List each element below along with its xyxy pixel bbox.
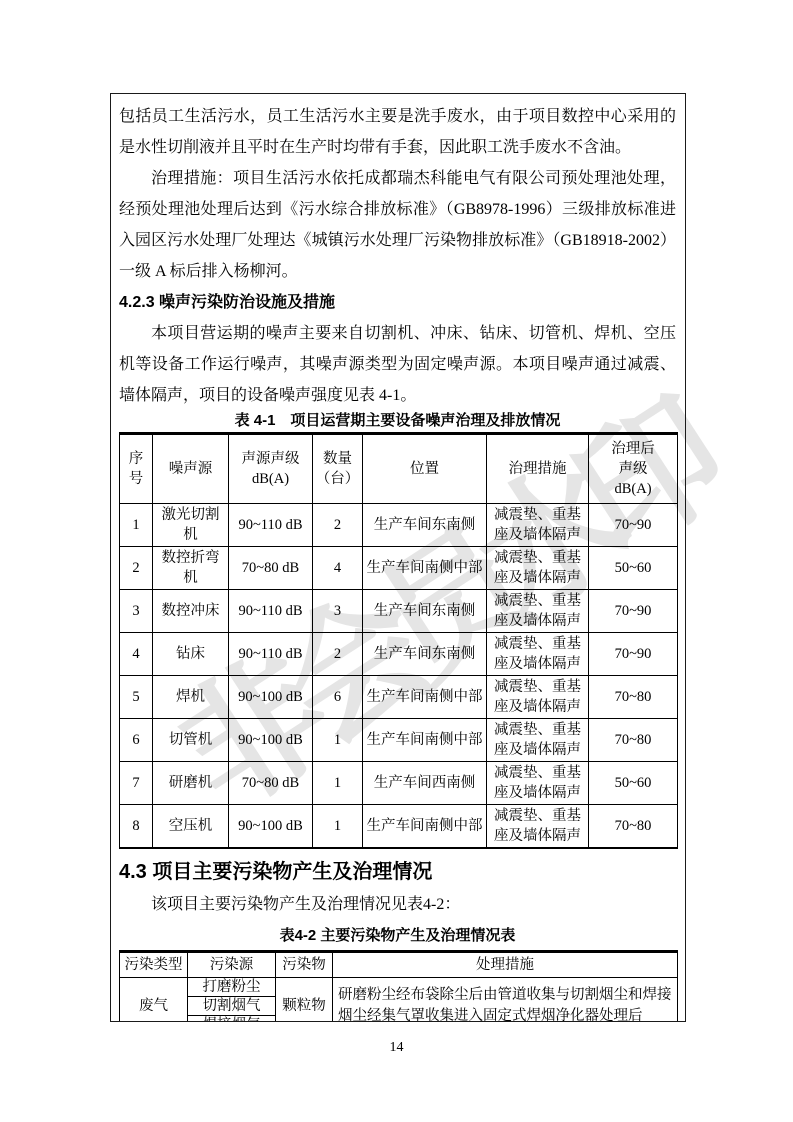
col-header-quantity: 数量 （台）	[313, 434, 363, 504]
cell-location: 生产车间东南侧	[363, 504, 487, 547]
cell-treated-level: 50~60	[589, 547, 678, 590]
cell-location: 生产车间南侧中部	[363, 547, 487, 590]
table-row: 3 数控冲床 90~110 dB 3 生产车间东南侧 减震垫、重基座及墙体隔声 …	[120, 590, 678, 633]
cell-seq: 3	[120, 590, 153, 633]
cell-treated-level: 70~80	[589, 676, 678, 719]
cell-pollution-source: 切割烟气	[188, 997, 276, 1016]
pollutant-treatment-table: 污染类型 污染源 污染物 处理措施 废气 打磨粉尘 颗粒物 研磨粉尘经布袋除尘后…	[119, 950, 678, 1022]
cell-measures: 减震垫、重基座及墙体隔声	[487, 590, 589, 633]
cell-location: 生产车间东南侧	[363, 633, 487, 676]
cell-treated-level: 70~80	[589, 719, 678, 762]
content-frame: 包括员工生活污水，员工生活污水主要是洗手废水，由于项目数控中心采用的是水性切削液…	[110, 93, 686, 1022]
cell-quantity: 2	[313, 633, 363, 676]
col-header-pollutant: 污染物	[276, 952, 333, 978]
cell-measures: 减震垫、重基座及墙体隔声	[487, 719, 589, 762]
cell-treated-level: 70~90	[589, 633, 678, 676]
cell-noise-source: 数控折弯机	[153, 547, 229, 590]
document-page: 非会员水印 包括员工生活污水，员工生活污水主要是洗手废水，由于项目数控中心采用的…	[0, 0, 793, 1122]
cell-pollution-type: 废气	[120, 978, 188, 1023]
table-row: 7 研磨机 70~80 dB 1 生产车间西南侧 减震垫、重基座及墙体隔声 50…	[120, 762, 678, 805]
page-content: 包括员工生活污水，员工生活污水主要是洗手废水，由于项目数控中心采用的是水性切削液…	[111, 94, 685, 1022]
cell-quantity: 1	[313, 719, 363, 762]
cell-quantity: 1	[313, 762, 363, 805]
cell-source-level: 90~110 dB	[229, 504, 313, 547]
cell-pollution-source: 打磨粉尘	[188, 978, 276, 997]
col-header-pollution-source: 污染源	[188, 952, 276, 978]
table-row: 8 空压机 90~100 dB 1 生产车间南侧中部 减震垫、重基座及墙体隔声 …	[120, 805, 678, 849]
table41-caption: 表 4-1 项目运营期主要设备噪声治理及排放情况	[119, 411, 676, 431]
col-header-noise-source: 噪声源	[153, 434, 229, 504]
col-header-measures: 治理措施	[487, 434, 589, 504]
cell-pollutant: 颗粒物	[276, 978, 333, 1023]
cell-measures: 减震垫、重基座及墙体隔声	[487, 633, 589, 676]
cell-source-level: 90~100 dB	[229, 719, 313, 762]
paragraph-wastewater: 包括员工生活污水，员工生活污水主要是洗手废水，由于项目数控中心采用的是水性切削液…	[119, 101, 676, 163]
cell-treated-level: 70~90	[589, 504, 678, 547]
cell-noise-source: 激光切割机	[153, 504, 229, 547]
cell-noise-source: 钻床	[153, 633, 229, 676]
cell-measures: 减震垫、重基座及墙体隔声	[487, 805, 589, 849]
cell-noise-source: 空压机	[153, 805, 229, 849]
cell-measures: 减震垫、重基座及墙体隔声	[487, 547, 589, 590]
table-row: 5 焊机 90~100 dB 6 生产车间南侧中部 减震垫、重基座及墙体隔声 7…	[120, 676, 678, 719]
paragraph-noise-sources: 本项目营运期的噪声主要来自切割机、冲床、钻床、切管机、焊机、空压机等设备工作运行…	[119, 318, 676, 411]
cell-noise-source: 数控冲床	[153, 590, 229, 633]
noise-equipment-table: 序号 噪声源 声源声级 dB(A) 数量 （台） 位置 治理措施 治理后 声级 …	[119, 432, 678, 849]
cell-pollution-source: 焊接烟气	[188, 1016, 276, 1023]
cell-measures: 减震垫、重基座及墙体隔声	[487, 676, 589, 719]
cell-quantity: 3	[313, 590, 363, 633]
col-header-treatment: 处理措施	[333, 952, 678, 978]
table-row: 1 激光切割机 90~110 dB 2 生产车间东南侧 减震垫、重基座及墙体隔声…	[120, 504, 678, 547]
heading-4-2-3: 4.2.3 噪声污染防治设施及措施	[119, 287, 676, 318]
cell-seq: 5	[120, 676, 153, 719]
cell-source-level: 90~100 dB	[229, 676, 313, 719]
table42-caption: 表4-2 主要污染物产生及治理情况表	[119, 926, 676, 946]
cell-treatment-measure: 研磨粉尘经布袋除尘后由管道收集与切割烟尘和焊接烟尘经集气罩收集进入固定式焊烟净化…	[333, 978, 678, 1023]
col-header-source-level: 声源声级 dB(A)	[229, 434, 313, 504]
table-header-row: 序号 噪声源 声源声级 dB(A) 数量 （台） 位置 治理措施 治理后 声级 …	[120, 434, 678, 504]
cell-treated-level: 70~80	[589, 805, 678, 849]
paragraph-pollutants-intro: 该项目主要污染物产生及治理情况见表4-2：	[119, 889, 676, 920]
cell-noise-source: 研磨机	[153, 762, 229, 805]
cell-source-level: 90~100 dB	[229, 805, 313, 849]
table-row: 4 钻床 90~110 dB 2 生产车间东南侧 减震垫、重基座及墙体隔声 70…	[120, 633, 678, 676]
table-row: 6 切管机 90~100 dB 1 生产车间南侧中部 减震垫、重基座及墙体隔声 …	[120, 719, 678, 762]
col-header-seq: 序号	[120, 434, 153, 504]
cell-noise-source: 焊机	[153, 676, 229, 719]
cell-quantity: 1	[313, 805, 363, 849]
cell-quantity: 4	[313, 547, 363, 590]
cell-location: 生产车间南侧中部	[363, 676, 487, 719]
cell-treated-level: 50~60	[589, 762, 678, 805]
cell-location: 生产车间南侧中部	[363, 805, 487, 849]
cell-source-level: 70~80 dB	[229, 762, 313, 805]
cell-location: 生产车间东南侧	[363, 590, 487, 633]
cell-seq: 6	[120, 719, 153, 762]
cell-treated-level: 70~90	[589, 590, 678, 633]
cell-location: 生产车间西南侧	[363, 762, 487, 805]
col-header-location: 位置	[363, 434, 487, 504]
cell-seq: 8	[120, 805, 153, 849]
paragraph-treatment-measures: 治理措施：项目生活污水依托成都瑞杰科能电气有限公司预处理池处理，经预处理池处理后…	[119, 163, 676, 287]
page-number: 14	[0, 1040, 793, 1056]
cell-source-level: 70~80 dB	[229, 547, 313, 590]
cell-source-level: 90~110 dB	[229, 633, 313, 676]
cell-measures: 减震垫、重基座及墙体隔声	[487, 762, 589, 805]
cell-seq: 7	[120, 762, 153, 805]
table-row: 2 数控折弯机 70~80 dB 4 生产车间南侧中部 减震垫、重基座及墙体隔声…	[120, 547, 678, 590]
cell-noise-source: 切管机	[153, 719, 229, 762]
cell-source-level: 90~110 dB	[229, 590, 313, 633]
heading-4-3: 4.3 项目主要污染物产生及治理情况	[119, 857, 676, 887]
cell-seq: 4	[120, 633, 153, 676]
table-row: 废气 打磨粉尘 颗粒物 研磨粉尘经布袋除尘后由管道收集与切割烟尘和焊接烟尘经集气…	[120, 978, 678, 997]
cell-seq: 2	[120, 547, 153, 590]
table-header-row: 污染类型 污染源 污染物 处理措施	[120, 952, 678, 978]
cell-location: 生产车间南侧中部	[363, 719, 487, 762]
col-header-treated-level: 治理后 声级 dB(A)	[589, 434, 678, 504]
cell-quantity: 2	[313, 504, 363, 547]
cell-measures: 减震垫、重基座及墙体隔声	[487, 504, 589, 547]
col-header-pollution-type: 污染类型	[120, 952, 188, 978]
cell-quantity: 6	[313, 676, 363, 719]
cell-seq: 1	[120, 504, 153, 547]
